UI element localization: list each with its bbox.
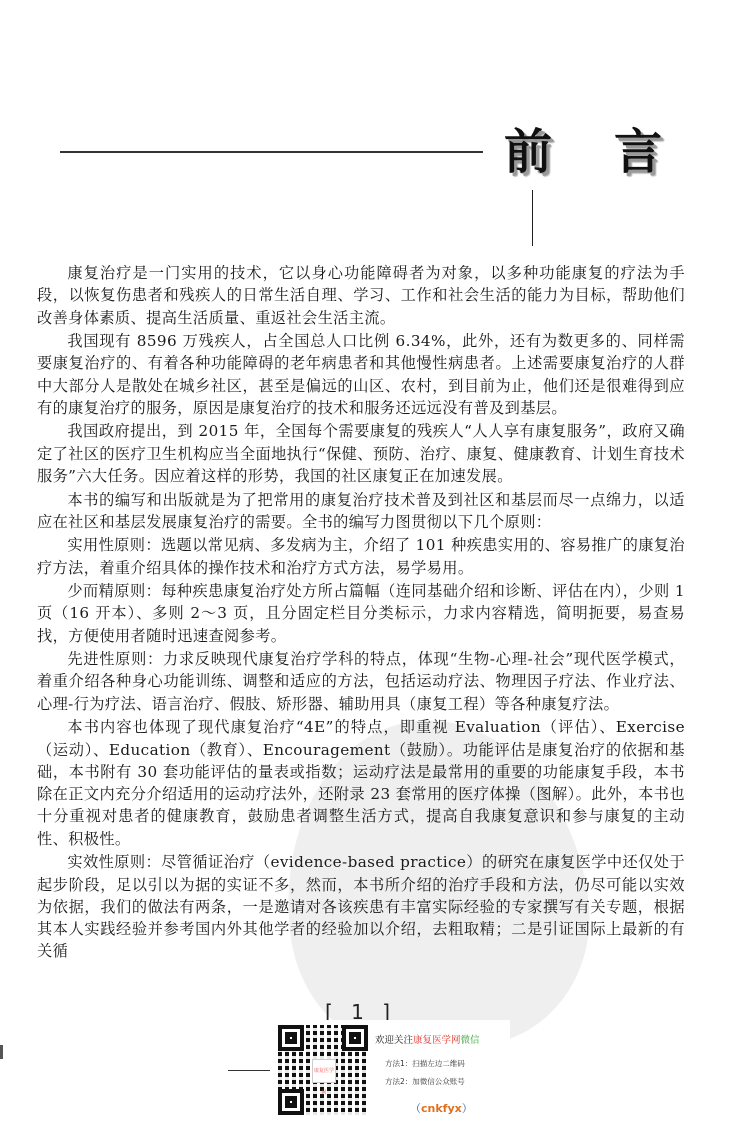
qr-logo-icon: 康复医学网 [312,1059,336,1083]
heading-char-2: 言 [614,122,662,182]
preface-body: 康复治疗是一门实用的技术，它以身心功能障碍者为对象，以多种功能康复的疗法为手段，… [37,262,685,964]
paragraph-conciseness: 少而精原则：每种疾患康复治疗处方所占篇幅（连同基础介绍和诊断、评估在内），少则 … [37,580,685,647]
promo-account-id: （cnkfyx） [410,1100,473,1116]
qr-finder-top-left [278,1025,304,1051]
promo-wechat: 微信 [461,1035,480,1046]
qr-code[interactable]: 康复医学网 [278,1025,368,1115]
paragraph-purpose: 本书的编写和出版就是为了把常用的康复治疗技术普及到社区和基层而尽一点绵力，以适应… [37,489,685,534]
qr-finder-bottom-left [278,1089,304,1115]
footer-rule [228,1070,273,1071]
wechat-promo-banner: 康复医学网 欢迎关注康复医学网微信 方法1：扫描左边二维码 方法2：加微信公众账… [270,1020,510,1120]
promo-welcome: 欢迎关注康复医学网微信 [375,1032,480,1046]
qr-finder-top-right [342,1025,368,1051]
promo-method-1: 方法1：扫描左边二维码 [385,1058,465,1069]
promo-site-name: 康复医学网 [413,1035,461,1046]
promo-method-2: 方法2：加微信公众账号 [385,1076,465,1087]
scan-edge-mark [0,1045,3,1059]
heading-char-1: 前 [504,122,552,182]
heading-horizontal-rule [60,151,483,153]
paragraph-effectiveness: 实效性原则：尽管循证治疗（evidence-based practice）的研究… [37,851,685,962]
paragraph-4e: 本书内容也体现了现代康复治疗“4E”的特点，即重视 Evaluation（评估）… [37,716,685,850]
heading-vertical-rule [532,190,533,246]
paragraph-practicality: 实用性原则：选题以常见病、多发病为主，介绍了 101 种疾患实用的、容易推广的康… [37,534,685,579]
paragraph-government: 我国政府提出，到 2015 年，全国每个需要康复的残疾人“人人享有康复服务”，政… [37,420,685,487]
paragraph-intro: 康复治疗是一门实用的技术，它以身心功能障碍者为对象，以多种功能康复的疗法为手段，… [37,262,685,329]
paragraph-population: 我国现有 8596 万残疾人，占全国总人口比例 6.34%，此外，还有为数更多的… [37,330,685,419]
paragraph-advancement: 先进性原则：力求反映现代康复治疗学科的特点，体现“生物-心理-社会”现代医学模式… [37,648,685,715]
